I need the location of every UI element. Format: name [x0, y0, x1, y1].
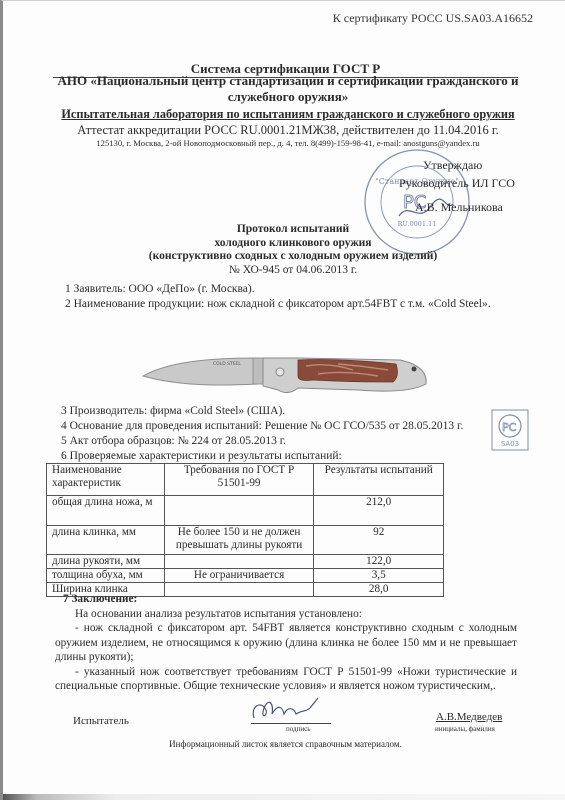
organization-line-2: служебного оружия»: [43, 89, 533, 105]
approval-position: Руководитель ИЛ ГСО: [399, 174, 515, 192]
svg-text:PC: PC: [502, 421, 517, 434]
table-cell: [164, 555, 314, 569]
table-cell: 122,0: [314, 555, 444, 569]
tester-label: Испытатель: [73, 715, 129, 727]
table-cell: Не более 150 и не должен превышать длины…: [164, 526, 314, 555]
signature-caption: подпись: [286, 725, 310, 733]
scan-edge: [3, 794, 565, 800]
item-manufacturer: 3 Производитель: фирма «Cold Steel» (США…: [61, 404, 463, 419]
document-page: К сертификату РОСС US.SA03.A16652 Систем…: [0, 0, 565, 800]
knife-photo: COLD STEEL: [138, 336, 438, 396]
table-cell: 212,0: [314, 496, 444, 526]
table-cell: длина рукояти, мм: [47, 555, 165, 569]
characteristics-table: Наименование характеристик Требования по…: [46, 463, 444, 597]
accreditation: Аттестат аккредитации РОСС RU.0001.21МЖ3…: [43, 123, 533, 138]
table-cell: общая длина ножа, м: [47, 496, 165, 526]
laboratory-name: Испытательная лаборатория по испытаниям …: [43, 107, 533, 122]
table-row: общая длина ножа, м 212,0: [47, 496, 444, 526]
table-row: длина клинка, мм Не более 150 и не долже…: [47, 526, 444, 555]
table-header-cell: Наименование характеристик: [47, 464, 165, 496]
approval-name: А.В. Мельникова: [415, 198, 515, 216]
svg-text:SA03: SA03: [501, 440, 519, 448]
table-header-row: Наименование характеристик Требования по…: [47, 464, 444, 496]
protocol-line-1: Протокол испытаний: [83, 223, 503, 237]
conformity-mark-icon: PC SA03: [491, 409, 529, 451]
handwritten-signature: [248, 696, 328, 726]
protocol-title: Протокол испытаний холодного клинкового …: [83, 223, 503, 277]
table-cell: длина клинка, мм: [47, 526, 165, 555]
protocol-number: № ХО-945 от 04.06.2013 г.: [83, 264, 503, 278]
table-cell: 92: [314, 526, 444, 555]
conclusion-section: 7 Заключение: На основании анализа резул…: [55, 592, 517, 694]
certificate-reference: К сертификату РОСС US.SA03.A16652: [333, 11, 533, 26]
table-header-cell: Результаты испытаний: [314, 464, 444, 496]
conclusion-point-2: - указанный нож соответствует требования…: [55, 665, 517, 694]
table-row: толщина обуха, мм Не ограничивается 3,5: [47, 569, 444, 583]
approval-block: Утверждаю Руководитель ИЛ ГСО А.В. Мельн…: [423, 156, 515, 216]
items-list-bottom: 3 Производитель: фирма «Cold Steel» (США…: [61, 404, 463, 464]
protocol-line-2: холодного клинкового оружия: [83, 237, 503, 251]
table-cell: [164, 496, 314, 526]
organization-line-1: АНО «Национальный центр стандартизации и…: [43, 73, 533, 89]
name-caption: инициалы, фамилия: [435, 725, 495, 733]
item-product: 2 Наименование продукции: нож складной с…: [65, 297, 491, 312]
item-applicant: 1 Заявитель: ООО «ДеПо» (г. Москва).: [65, 282, 491, 297]
protocol-line-3: (конструктивно сходных с холодным оружие…: [83, 250, 503, 264]
approval-title: Утверждаю: [423, 156, 515, 174]
conclusion-heading: 7 Заключение:: [63, 592, 517, 607]
footer-note: Информационный листок является справочны…: [3, 739, 565, 749]
conclusion-point-1: - нож складной с фиксатором арт. 54FBT я…: [55, 621, 517, 665]
table-row: длина рукояти, мм 122,0: [47, 555, 444, 569]
table-cell: Не ограничивается: [164, 569, 314, 583]
table-header-cell: Требования по ГОСТ Р 51501-99: [164, 464, 314, 496]
item-basis: 4 Основание для проведения испытаний: Ре…: [61, 419, 463, 434]
signature-line: [251, 723, 331, 724]
table-cell: толщина обуха, мм: [47, 569, 165, 583]
tester-name: А.В.Медведев: [436, 711, 502, 723]
item-characteristics: 6 Проверяемые характеристики и результат…: [61, 449, 463, 464]
item-sampling-act: 5 Акт отбора образцов: № 224 от 28.05.20…: [61, 434, 463, 449]
svg-text:COLD STEEL: COLD STEEL: [213, 361, 241, 367]
table-cell: 3,5: [314, 569, 444, 583]
conclusion-intro: На основании анализа результатов испытан…: [55, 607, 517, 622]
organization-name: АНО «Национальный центр стандартизации и…: [43, 73, 533, 105]
items-list-top: 1 Заявитель: ООО «ДеПо» (г. Москва). 2 Н…: [65, 282, 491, 312]
